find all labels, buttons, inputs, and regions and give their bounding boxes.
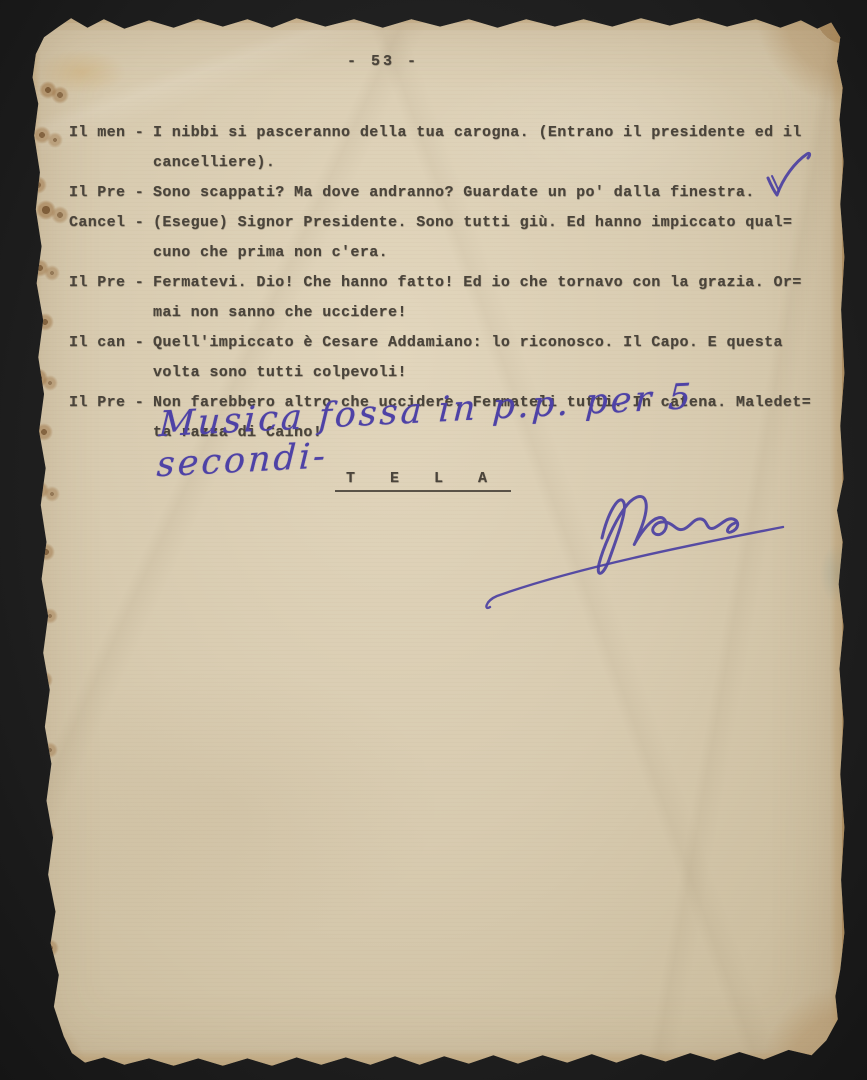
dialogue-entry: Il can-Quell'impiccato è Cesare Addamian… (69, 328, 829, 388)
dialogue-entry: Cancel-(Esegue) Signor Presidente. Sono … (69, 208, 829, 268)
speaker-label: Il Pre (69, 388, 126, 418)
dialogue-entry: Il Pre-Non farebbero altro che uccidere.… (69, 388, 829, 448)
speaker-label: Il Pre (69, 268, 126, 298)
speaker-label: Il Pre (69, 178, 126, 208)
document-page: - 53 - Il men-I nibbi si pasceranno dell… (26, 14, 846, 1070)
speaker-label: Il men (69, 118, 126, 148)
dialogue-entry: Il Pre-Sono scappati? Ma dove andranno? … (69, 178, 829, 208)
dialogue-line: Fermatevi. Dio! Che hanno fatto! Ed io c… (153, 274, 802, 291)
speaker-label: Cancel (69, 208, 126, 238)
scan-background: { "page": { "number_label": "- 53 -" }, … (0, 0, 867, 1080)
speaker-dash: - (126, 118, 153, 148)
dialogue-line: I nibbi si pasceranno della tua carogna.… (153, 124, 802, 141)
dialogue-line: (Esegue) Signor Presidente. Sono tutti g… (153, 214, 792, 231)
speaker-dash: - (126, 328, 153, 358)
tela-heading: T E L A (335, 470, 511, 492)
page-number: - 53 - (347, 53, 419, 70)
speaker-dash: - (126, 178, 153, 208)
dialogue-line: Quell'impiccato è Cesare Addamiano: lo r… (153, 334, 783, 351)
dialogue-line: Sono scappati? Ma dove andranno? Guardat… (153, 184, 755, 201)
speaker-label: Il can (69, 328, 126, 358)
dialogue-entry: Il men-I nibbi si pasceranno della tua c… (69, 118, 829, 178)
speaker-dash: - (126, 268, 153, 298)
dialogue-line: cancelliere). (153, 148, 829, 178)
dialogue-line: mai non sanno che uccidere! (153, 298, 829, 328)
dialogue-line: cuno che prima non c'era. (153, 238, 829, 268)
dialogue-line: Non farebbero altro che uccidere. Fermat… (153, 394, 811, 411)
dialogue-entry: Il Pre-Fermatevi. Dio! Che hanno fatto! … (69, 268, 829, 328)
speaker-dash: - (126, 388, 153, 418)
scan-stage: - 53 - Il men-I nibbi si pasceranno dell… (0, 0, 867, 1080)
dialogue-line: ta razza di Caino! (153, 418, 829, 448)
dialogue-line: volta sono tutti colpevoli! (153, 358, 829, 388)
speaker-dash: - (126, 208, 153, 238)
